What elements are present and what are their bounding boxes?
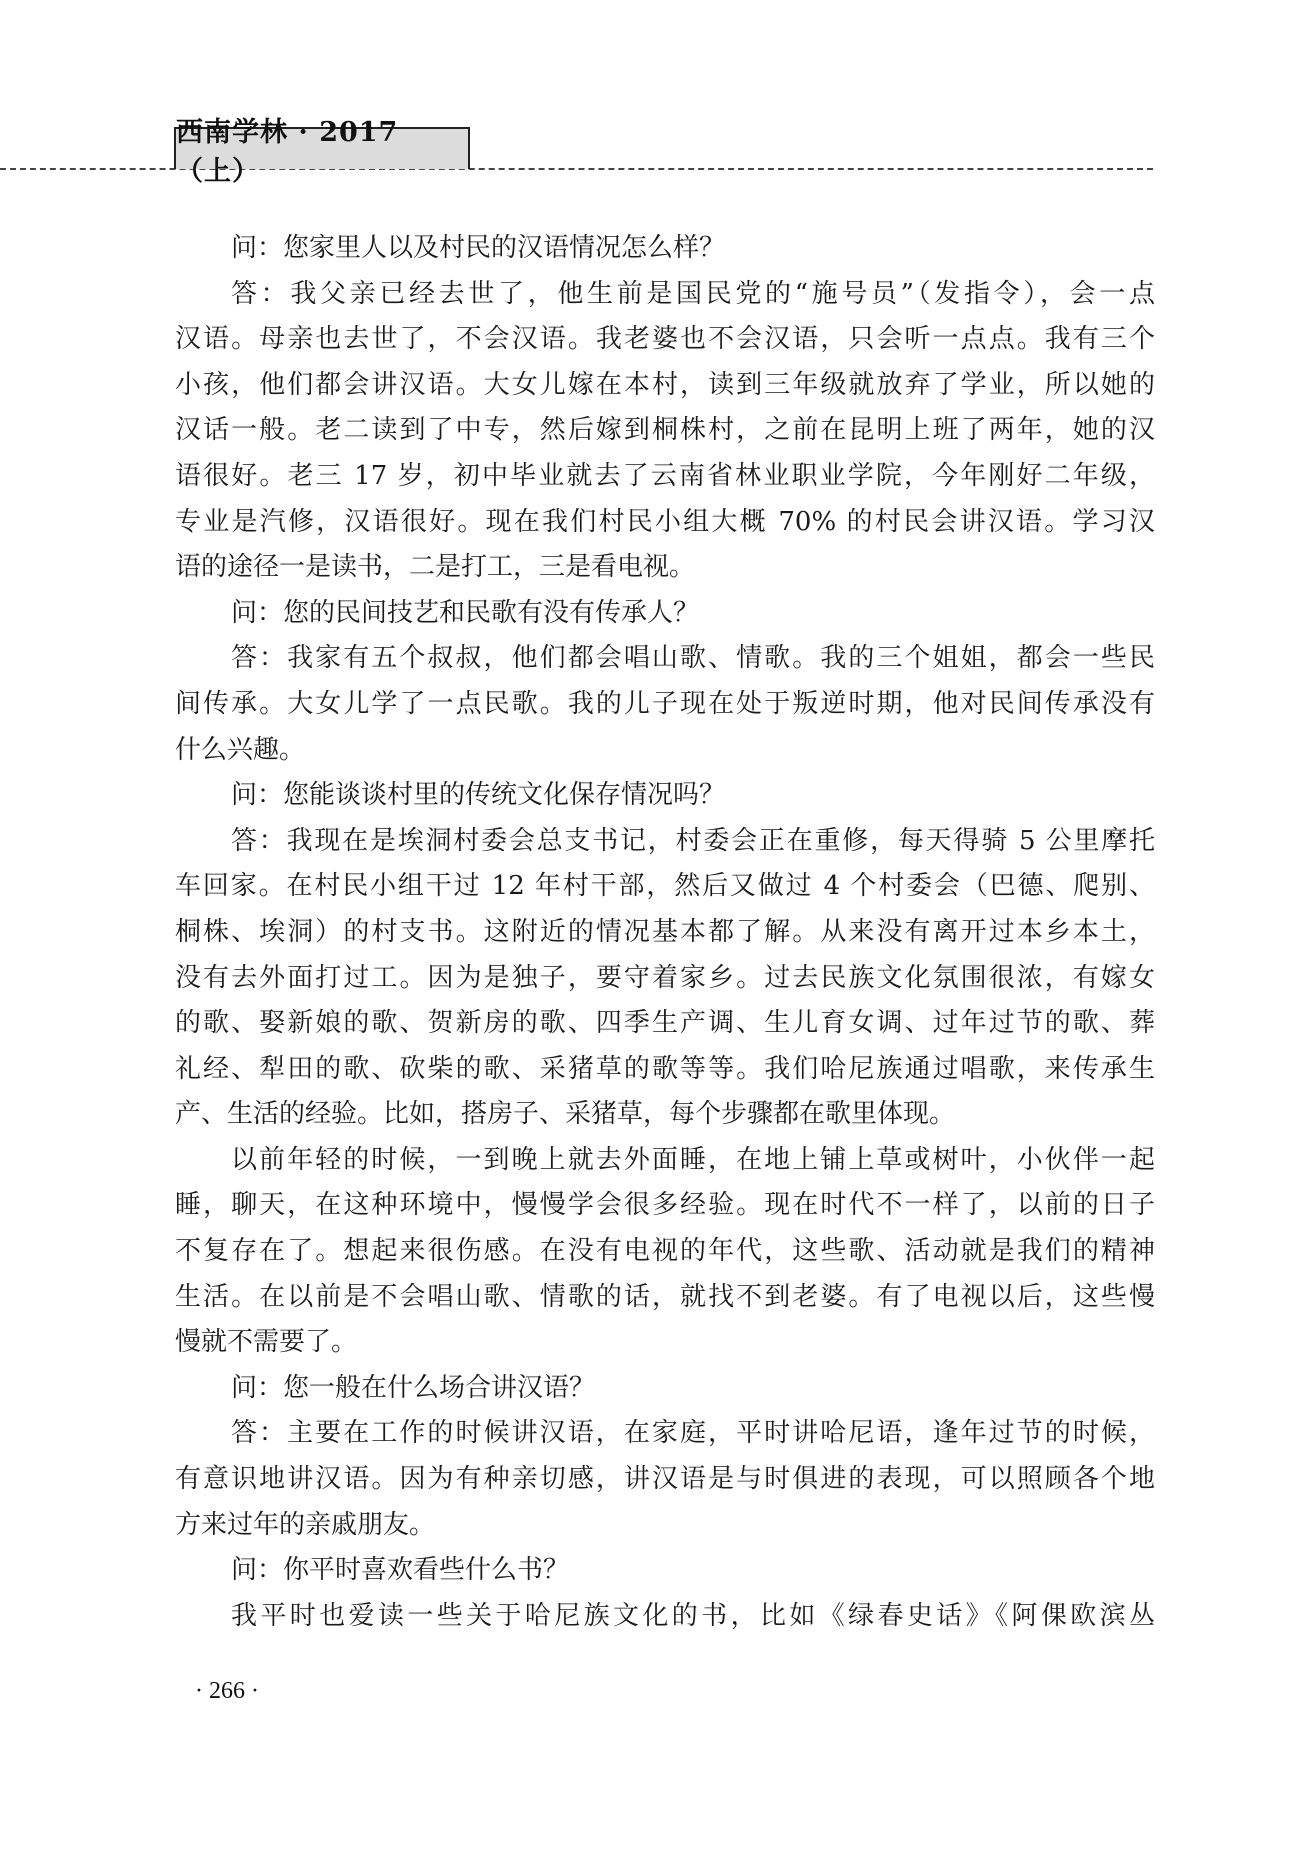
text-line: 答：我父亲已经去世了，他生前是国民党的“施号员”（发指令），会一点 (175, 272, 1155, 318)
journal-title: 西南学林 · 2017（上） (176, 110, 468, 188)
text-line: 问：您能谈谈村里的传统文化保存情况吗？ (175, 773, 1155, 819)
text-line: 什么兴趣。 (175, 728, 1155, 774)
text-line: 生活。在以前是不会唱山歌、情歌的话，就找不到老婆。有了电视以后，这些慢 (175, 1275, 1155, 1321)
text-line: 汉语。母亲也去世了，不会汉语。我老婆也不会汉语，只会听一点点。我有三个 (175, 317, 1155, 363)
text-line: 产、生活的经验。比如，搭房子、采猪草，每个步骤都在歌里体现。 (175, 1092, 1155, 1138)
text-line: 答：我家有五个叔叔，他们都会唱山歌、情歌。我的三个姐姐，都会一些民 (175, 636, 1155, 682)
text-line: 的歌、娶新娘的歌、贺新房的歌、四季生产调、生儿育女调、过年过节的歌、葬 (175, 1001, 1155, 1047)
text-line: 专业是汽修，汉语很好。现在我们村民小组大概 70% 的村民会讲汉语。学习汉 (175, 500, 1155, 546)
page-number: · 266 · (195, 1678, 259, 1705)
text-line: 礼经、犁田的歌、砍柴的歌、采猪草的歌等等。我们哈尼族通过唱歌，来传承生 (175, 1047, 1155, 1093)
text-line: 方来过年的亲戚朋友。 (175, 1503, 1155, 1549)
text-line: 车回家。在村民小组干过 12 年村干部，然后又做过 4 个村委会（巴德、爬别、 (175, 864, 1155, 910)
header-dashed-rule (0, 168, 1153, 170)
text-line: 答：主要在工作的时候讲汉语，在家庭，平时讲哈尼语，逢年过节的时候， (175, 1411, 1155, 1457)
text-line: 答：我现在是埃洞村委会总支书记，村委会正在重修，每天得骑 5 公里摩托 (175, 819, 1155, 865)
text-line: 小孩，他们都会讲汉语。大女儿嫁在本村，读到三年级就放弃了学业，所以她的 (175, 363, 1155, 409)
article-body: 问：您家里人以及村民的汉语情况怎么样？答：我父亲已经去世了，他生前是国民党的“施… (175, 226, 1155, 1639)
text-line: 问：您家里人以及村民的汉语情况怎么样？ (175, 226, 1155, 272)
text-line: 语的途径一是读书，二是打工，三是看电视。 (175, 545, 1155, 591)
text-line: 问：您一般在什么场合讲汉语？ (175, 1366, 1155, 1412)
text-line: 汉话一般。老二读到了中专，然后嫁到桐株村，之前在昆明上班了两年，她的汉 (175, 408, 1155, 454)
journal-title-box: 西南学林 · 2017（上） (174, 127, 470, 169)
text-line: 有意识地讲汉语。因为有种亲切感，讲汉语是与时俱进的表现，可以照顾各个地 (175, 1457, 1155, 1503)
text-line: 不复存在了。想起来很伤感。在没有电视的年代，这些歌、活动就是我们的精神 (175, 1229, 1155, 1275)
text-line: 桐株、埃洞）的村支书。这附近的情况基本都了解。从来没有离开过本乡本土， (175, 910, 1155, 956)
text-line: 睡，聊天，在这种环境中，慢慢学会很多经验。现在时代不一样了，以前的日子 (175, 1183, 1155, 1229)
text-line: 慢就不需要了。 (175, 1320, 1155, 1366)
text-line: 没有去外面打过工。因为是独子，要守着家乡。过去民族文化氛围很浓，有嫁女 (175, 956, 1155, 1002)
text-line: 我平时也爱读一些关于哈尼族文化的书，比如《绿春史话》《阿倮欧滨丛 (175, 1594, 1155, 1640)
running-header: 西南学林 · 2017（上） (0, 0, 1307, 175)
text-line: 以前年轻的时候，一到晚上就去外面睡，在地上铺上草或树叶，小伙伴一起 (175, 1138, 1155, 1184)
text-line: 问：你平时喜欢看些什么书？ (175, 1548, 1155, 1594)
text-line: 语很好。老三 17 岁，初中毕业就去了云南省林业职业学院，今年刚好二年级， (175, 454, 1155, 500)
text-line: 间传承。大女儿学了一点民歌。我的儿子现在处于叛逆时期，他对民间传承没有 (175, 682, 1155, 728)
text-line: 问：您的民间技艺和民歌有没有传承人？ (175, 591, 1155, 637)
